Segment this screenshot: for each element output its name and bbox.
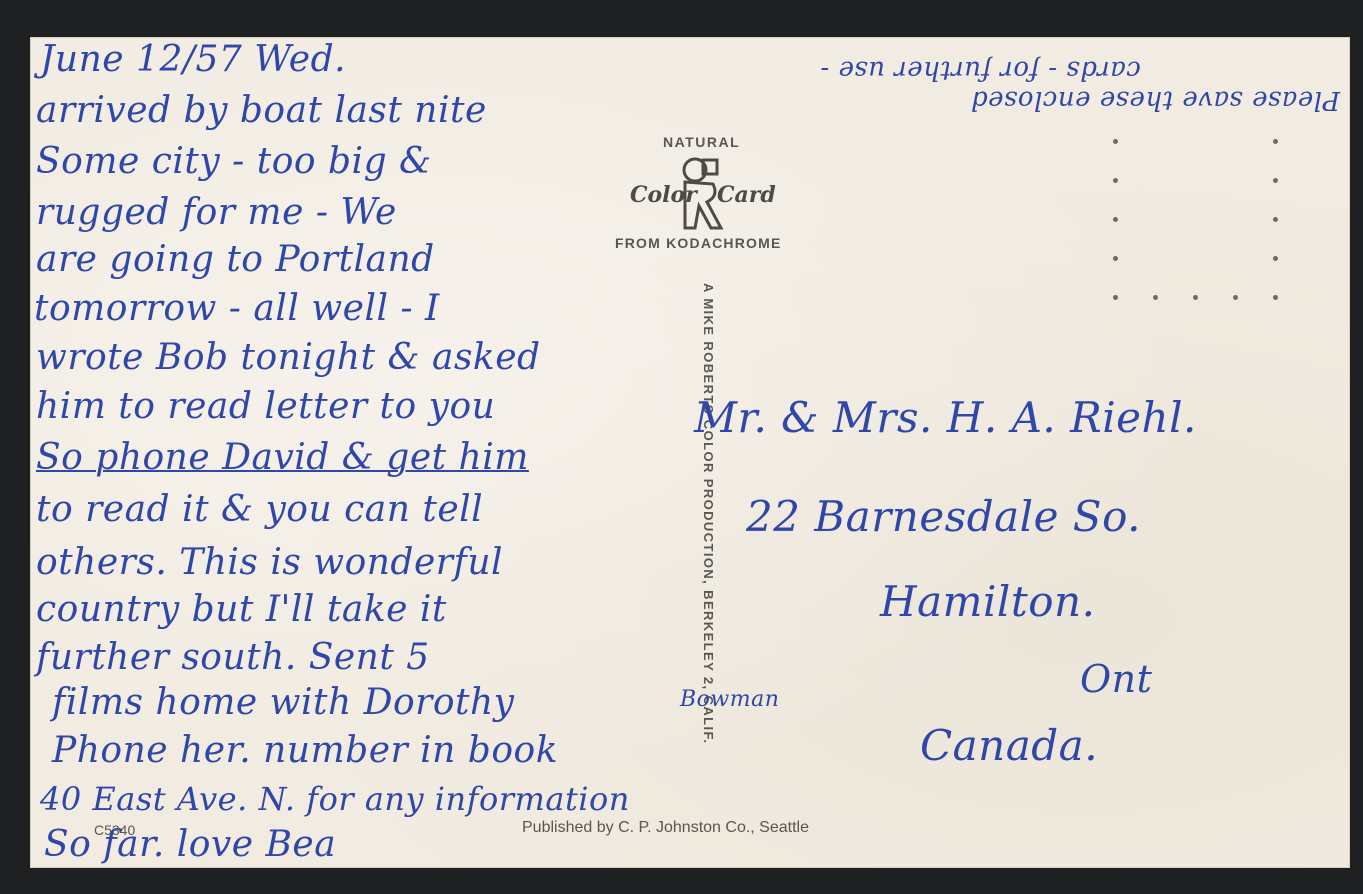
message-line: wrote Bob tonight & asked <box>36 340 541 376</box>
vertical-credit-text: A MIKE ROBERTS COLOR PRODUCTION, BERKELE… <box>701 283 716 744</box>
logo-color-word: Color <box>630 182 697 208</box>
logo-natural-text: NATURAL <box>663 134 740 150</box>
address-city: Hamilton. <box>880 577 1095 626</box>
address-street: 22 Barnesdale So. <box>746 492 1141 541</box>
logo-kodachrome-text: FROM KODACHROME <box>615 235 782 251</box>
color-card-logo: NATURAL Color Card FROM KODACHROME <box>595 132 805 257</box>
message-line: to read it & you can tell <box>36 492 483 528</box>
message-line: rugged for me - We <box>36 195 397 231</box>
message-line: Some city - too big & <box>36 144 432 180</box>
message-line: arrived by boat last nite <box>36 93 487 129</box>
message-line: further south. Sent 5 <box>36 640 430 676</box>
upside-note-line: cards - for further use - <box>800 55 1340 85</box>
card-number: C5340 <box>94 822 135 838</box>
margin-note: Bowman <box>680 687 779 712</box>
message-line: 40 East Ave. N. for any information <box>40 781 630 817</box>
publisher-credit: Published by C. P. Johnston Co., Seattle <box>522 819 809 837</box>
message-line: him to read letter to you <box>36 389 495 425</box>
message-line: films home with Dorothy <box>52 685 514 721</box>
address-province: Ont <box>1080 657 1152 701</box>
upside-down-note: Please save these enclosed cards - for f… <box>800 55 1340 115</box>
message-line: tomorrow - all well - I <box>34 291 440 327</box>
message-line: June 12/57 Wed. <box>40 42 346 78</box>
message-line: So far. love Bea <box>44 827 336 863</box>
message-line: are going to Portland <box>36 242 435 278</box>
message-line: others. This is wonderful <box>36 545 503 581</box>
message-line: Phone her. number in book <box>52 733 558 769</box>
message-line: So phone David & get him <box>36 440 529 476</box>
logo-card-word: Card <box>717 182 776 208</box>
upside-note-line: Please save these enclosed <box>800 85 1340 115</box>
address-name: Mr. & Mrs. H. A. Riehl. <box>694 393 1197 442</box>
postcard-back: NATURAL Color Card FROM KODACHROME A MIK… <box>30 37 1350 868</box>
message-line: country but I'll take it <box>36 592 447 628</box>
address-country: Canada. <box>920 721 1098 770</box>
